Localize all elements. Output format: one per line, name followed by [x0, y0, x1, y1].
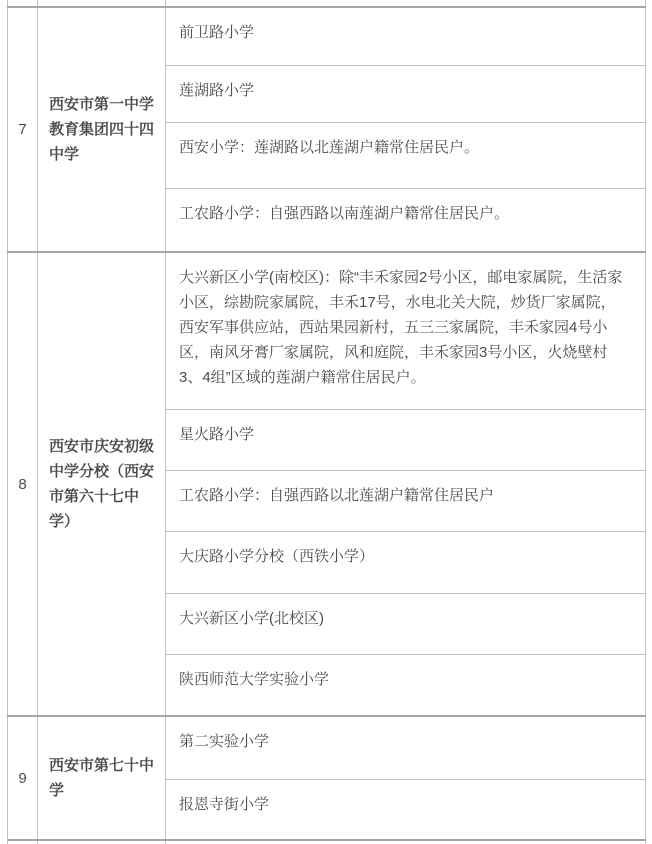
page: 7 西安市第一中学教育集团四十四中学 前卫路小学 莲湖路小学 西安小学：莲湖路以…	[0, 0, 652, 844]
feeder-school-cell: 大兴新区小学(北校区)	[166, 593, 646, 654]
school-assignment-table: 7 西安市第一中学教育集团四十四中学 前卫路小学 莲湖路小学 西安小学：莲湖路以…	[7, 0, 646, 844]
table-row: 9 西安市第七十中学 第二实验小学	[8, 716, 646, 779]
table-row: 8 西安市庆安初级中学分校（西安市第六十七中学） 大兴新区小学(南校区)：除“丰…	[8, 252, 646, 409]
table-row: 7 西安市第一中学教育集团四十四中学 前卫路小学	[8, 7, 646, 65]
row-number-cell: 9	[8, 716, 38, 840]
feeder-school-cell: 星火路小学	[166, 409, 646, 470]
row-number-cell: 8	[8, 252, 38, 716]
feeder-school-cell: 工农路小学：自强西路以南莲湖户籍常住居民户。	[166, 188, 646, 252]
feeder-school-cell: 西安小学：莲湖路以北莲湖户籍常住居民户。	[166, 122, 646, 188]
clipped-row-bottom	[8, 840, 646, 844]
feeder-school-cell: 大庆路小学分校（西铁小学）	[166, 531, 646, 593]
clipped-row-top	[8, 0, 646, 7]
clipped-cell	[38, 840, 166, 844]
clipped-cell	[38, 0, 166, 7]
middle-school-name-cell: 西安市第一中学教育集团四十四中学	[38, 7, 166, 252]
clipped-cell	[166, 840, 646, 844]
feeder-school-cell: 工农路小学：自强西路以北莲湖户籍常住居民户	[166, 470, 646, 531]
feeder-school-cell: 莲湖路小学	[166, 65, 646, 122]
middle-school-name-cell: 西安市第七十中学	[38, 716, 166, 840]
feeder-school-cell: 陕西师范大学实验小学	[166, 654, 646, 716]
feeder-school-cell: 报恩寺街小学	[166, 779, 646, 840]
feeder-school-cell: 第二实验小学	[166, 716, 646, 779]
feeder-school-cell: 大兴新区小学(南校区)：除“丰禾家园2号小区，邮电家属院，生活家小区，综勘院家属…	[166, 252, 646, 409]
clipped-cell	[166, 0, 646, 7]
row-number-cell: 7	[8, 7, 38, 252]
feeder-school-cell: 前卫路小学	[166, 7, 646, 65]
clipped-cell	[8, 0, 38, 7]
middle-school-name-cell: 西安市庆安初级中学分校（西安市第六十七中学）	[38, 252, 166, 716]
clipped-cell	[8, 840, 38, 844]
